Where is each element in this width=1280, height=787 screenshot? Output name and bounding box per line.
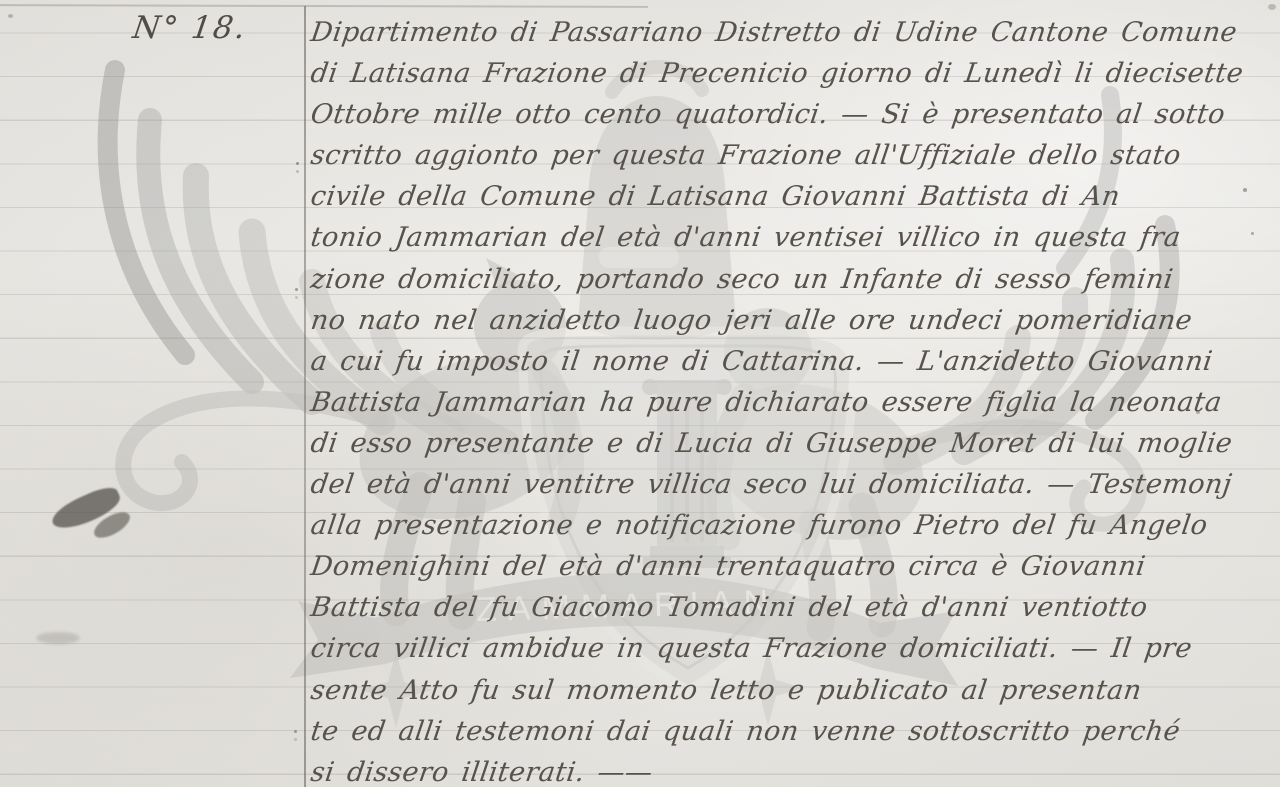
margin-rule — [304, 6, 306, 787]
margin-colon-mark — [294, 730, 297, 733]
ink-speck — [1243, 188, 1247, 192]
text-line: Battista del fu Giacomo Tomadini del età… — [308, 587, 1280, 628]
text-line: alla presentazione e notificazione furon… — [308, 505, 1280, 546]
text-line: sente Atto fu sul momento letto e public… — [308, 670, 1280, 711]
ink-speck — [8, 14, 13, 18]
text-line: tonio Jammarian del età d'anni ventisei … — [308, 217, 1280, 258]
text-line: Ottobre mille otto cento quatordici. — S… — [308, 94, 1280, 135]
ink-speck — [1251, 232, 1254, 235]
margin-colon-mark — [295, 288, 298, 291]
text-line: no nato nel anzidetto luogo jeri alle or… — [308, 300, 1280, 341]
text-line: si dissero illiterati. —— — [308, 752, 1280, 787]
text-line: di Latisana Frazione di Precenicio giorn… — [308, 53, 1280, 94]
margin-colon-mark — [296, 162, 299, 165]
text-line: te ed alli testemoni dai quali non venne… — [308, 711, 1280, 752]
text-line: a cui fu imposto il nome di Cattarina. —… — [308, 341, 1280, 382]
ink-speck — [1196, 410, 1200, 414]
record-number: N° 18. — [131, 13, 249, 44]
text-line: del età d'anni ventitre villica seco lui… — [308, 464, 1280, 505]
text-line: Battista Jammarian ha pure dichiarato es… — [308, 382, 1280, 423]
text-line: Domenighini del età d'anni trentaquatro … — [308, 546, 1280, 587]
text-line: circa villici ambidue in questa Frazione… — [308, 628, 1280, 669]
document-page: ZAMMARIAN N° 18. Dipartimento di Passari… — [0, 0, 1280, 787]
text-line: civile della Comune di Latisana Giovanni… — [308, 176, 1280, 217]
text-line: zione domiciliato, portando seco un Infa… — [308, 259, 1280, 300]
ink-speck — [1268, 4, 1276, 10]
text-line: scritto aggionto per questa Frazione all… — [308, 135, 1280, 176]
text-line: di esso presentante e di Lucia di Giusep… — [308, 423, 1280, 464]
smudge — [36, 632, 80, 644]
text-line: Dipartimento di Passariano Distretto di … — [308, 12, 1280, 53]
handwritten-text: Dipartimento di Passariano Distretto di … — [311, 12, 1277, 787]
